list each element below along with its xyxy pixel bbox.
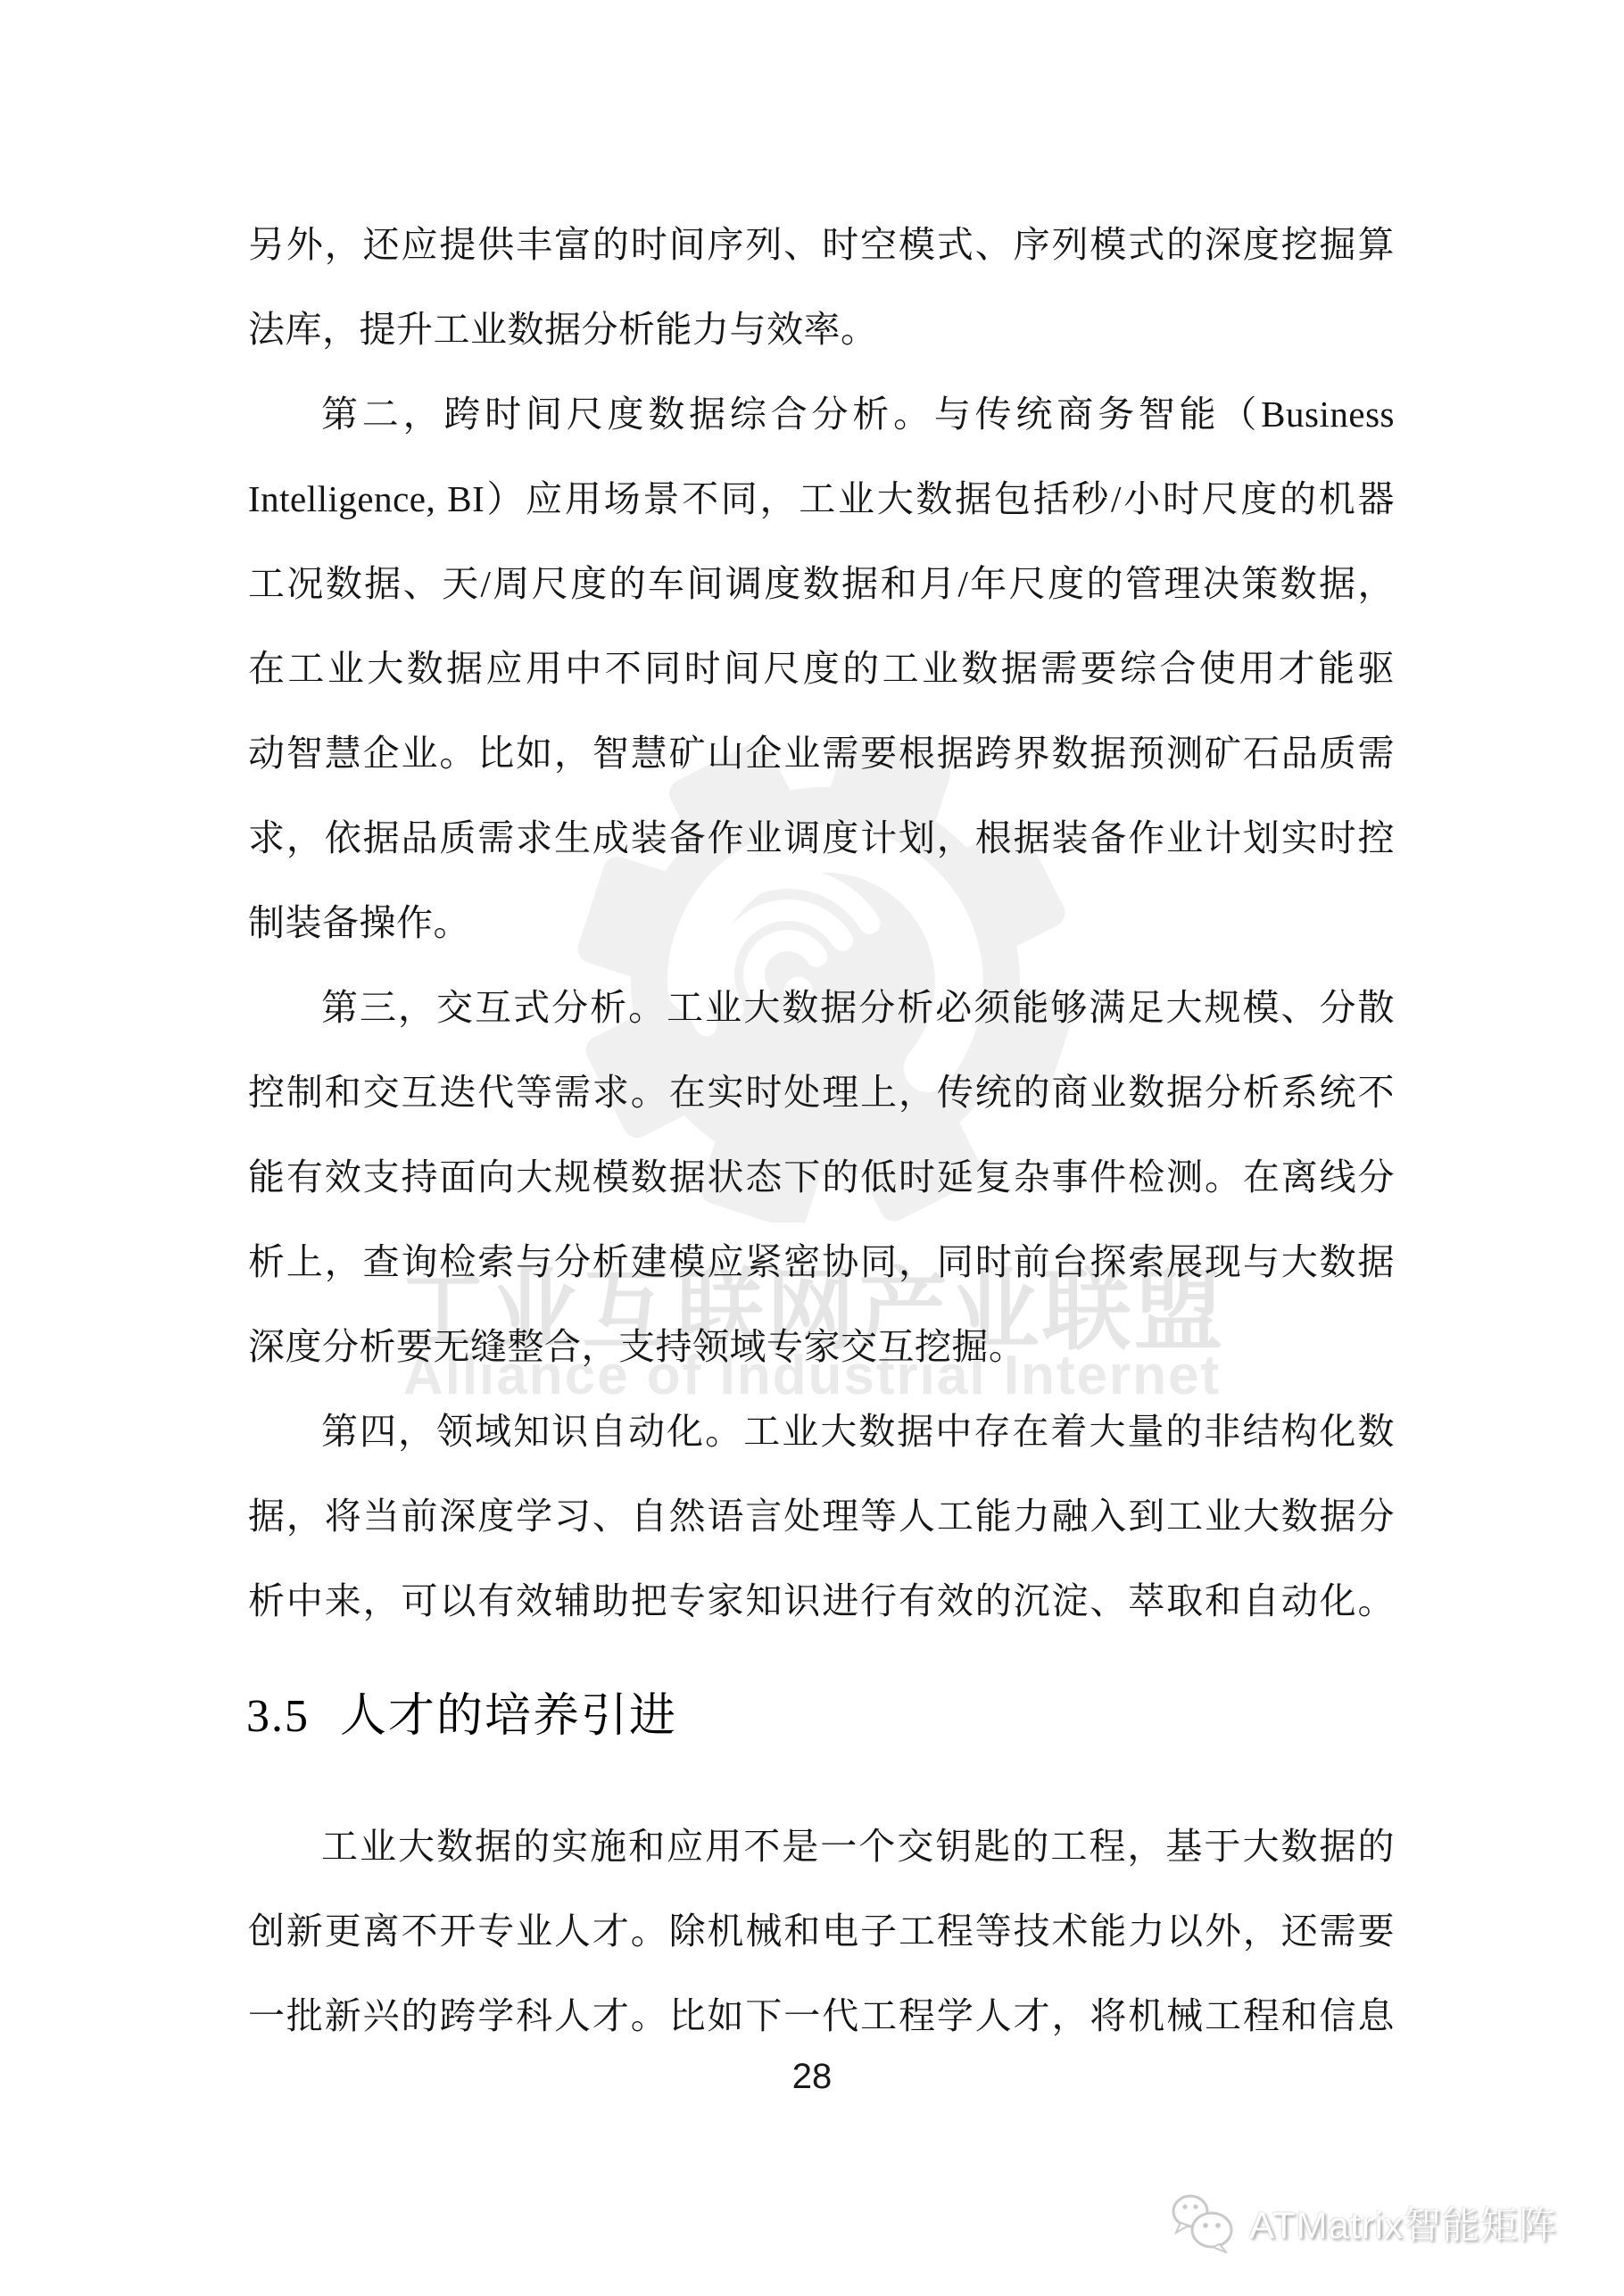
wechat-icon [1167,2192,1240,2253]
text-line: 创新更离不开专业人才。除机械和电子工程等技术能力以外，还需要 [248,1889,1395,1974]
text-line: 另外，还应提供丰富的时间序列、时空模式、序列模式的深度挖掘算 [248,203,1395,287]
text-line: Intelligence, BI）应用场景不同，工业大数据包括秒/小时尺度的机器 [248,457,1395,542]
text-line: 深度分析要无缝整合，支持领域专家交互挖掘。 [248,1305,1395,1389]
page-number: 28 [0,2057,1624,2097]
text-line: 法库，提升工业数据分析能力与效率。 [248,287,1395,372]
text-line: 工况数据、天/周尺度的车间调度数据和月/年尺度的管理决策数据， [248,542,1395,626]
section-title: 人才的培养引进 [340,1691,677,1742]
text-line: 析中来，可以有效辅助把专家知识进行有效的沉淀、萃取和自动化。 [248,1559,1395,1644]
body-text-block-1: 另外，还应提供丰富的时间序列、时空模式、序列模式的深度挖掘算法库，提升工业数据分… [248,203,1395,1644]
text-line: 工业大数据的实施和应用不是一个交钥匙的工程，基于大数据的 [248,1804,1395,1889]
section-number: 3.5 [246,1691,310,1742]
footer-brand: ATMatrix智能矩阵 [1167,2192,1557,2254]
text-line: 析上，查询检索与分析建模应紧密协同，同时前台探索展现与大数据 [248,1220,1395,1305]
body-text-block-2: 工业大数据的实施和应用不是一个交钥匙的工程，基于大数据的创新更离不开专业人才。除… [248,1804,1395,2059]
text-line: 第三，交互式分析。工业大数据分析必须能够满足大规模、分散 [248,966,1395,1050]
text-line: 制装备操作。 [248,881,1395,966]
section-heading: 3.5人才的培养引进 [246,1683,677,1750]
document-page: 工业互联网产业联盟 Alliance of Industrial Interne… [0,0,1624,2296]
text-line: 动智慧企业。比如，智慧矿山企业需要根据跨界数据预测矿石品质需 [248,711,1395,796]
text-line: 一批新兴的跨学科人才。比如下一代工程学人才，将机械工程和信息 [248,1974,1395,2059]
text-line: 第四，领域知识自动化。工业大数据中存在着大量的非结构化数 [248,1389,1395,1474]
text-line: 求，依据品质需求生成装备作业调度计划，根据装备作业计划实时控 [248,796,1395,881]
text-line: 控制和交互迭代等需求。在实时处理上，传统的商业数据分析系统不 [248,1050,1395,1135]
text-line: 第二，跨时间尺度数据综合分析。与传统商务智能（Business [248,372,1395,457]
text-line: 据，将当前深度学习、自然语言处理等人工能力融入到工业大数据分 [248,1474,1395,1559]
text-line: 能有效支持面向大规模数据状态下的低时延复杂事件检测。在离线分 [248,1135,1395,1220]
footer-brand-text: ATMatrix智能矩阵 [1249,2196,1557,2250]
text-line: 在工业大数据应用中不同时间尺度的工业数据需要综合使用才能驱 [248,626,1395,711]
